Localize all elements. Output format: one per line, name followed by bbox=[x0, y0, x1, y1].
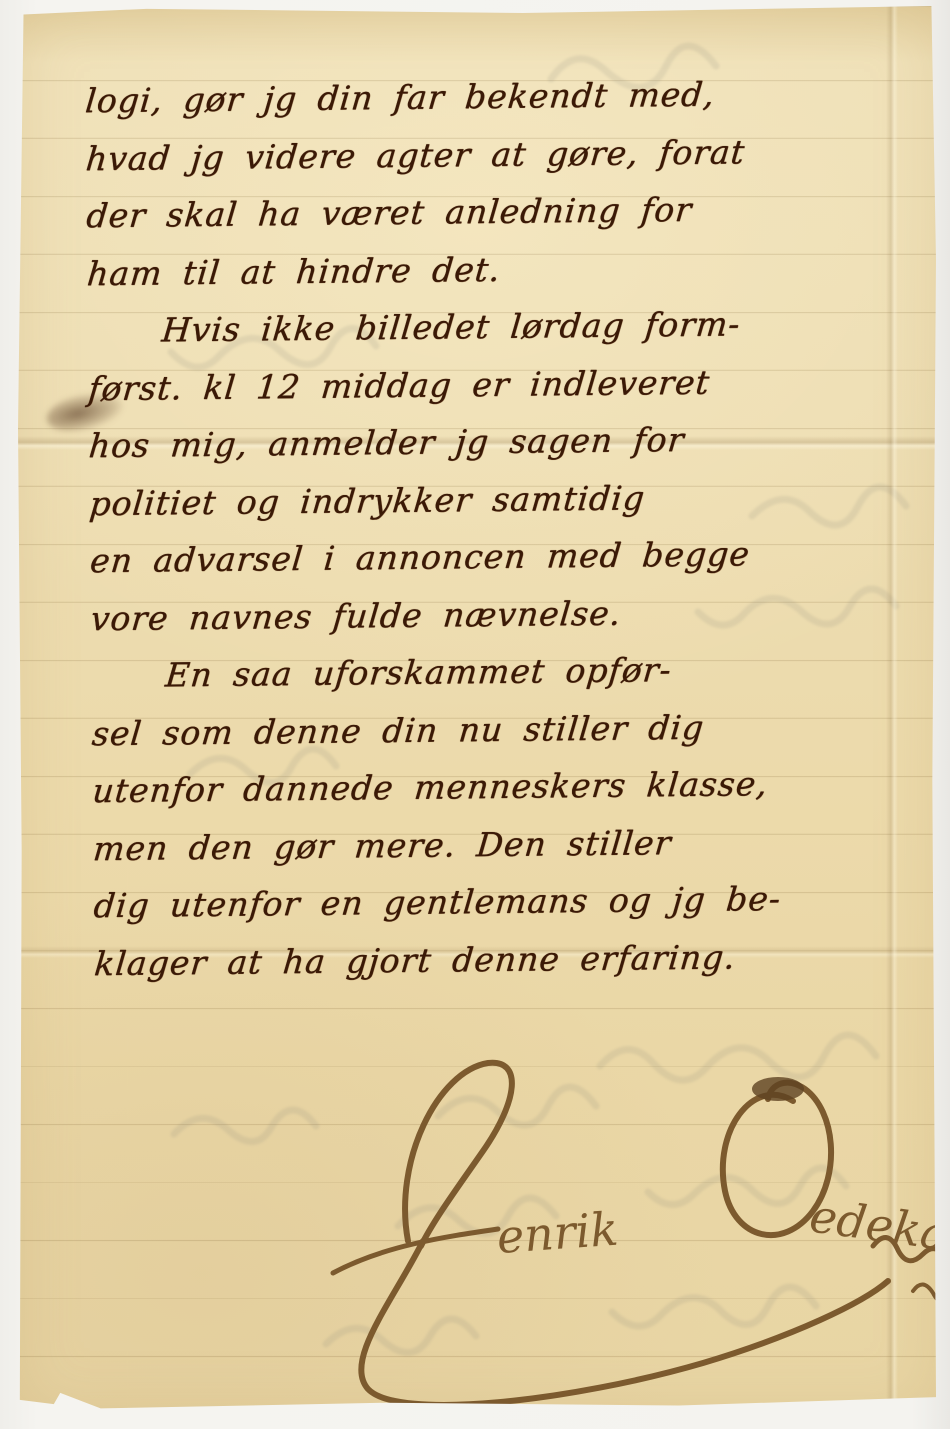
handwritten-line-5: Hvis ikke billedet lørdag form- bbox=[85, 294, 900, 360]
letter-page: logi, gør jg din far bekendt med,hvad jg… bbox=[18, 6, 936, 1414]
signature-surname-rest: edekam bbox=[806, 1188, 950, 1267]
handwritten-line-9: en advarsel i annoncen med begge bbox=[88, 524, 903, 590]
handwritten-line-8: politiet og indrykker samtidig bbox=[87, 466, 902, 532]
signature: enrik edekam bbox=[273, 1041, 950, 1426]
handwritten-line-10: vore navnes fulde nævnelse. bbox=[88, 581, 903, 647]
handwritten-line-12: sel som denne din nu stiller dig bbox=[89, 696, 904, 762]
handwritten-line-16: klager at ha gjort denne erfaring. bbox=[92, 926, 907, 992]
handwritten-line-7: hos mig, anmelder jg sagen for bbox=[86, 409, 901, 475]
handwritten-line-1: logi, gør jg din far bekendt med, bbox=[83, 64, 898, 130]
handwritten-line-14: men den gør mere. Den stiller bbox=[91, 811, 906, 877]
handwritten-line-3: der skal ha været anledning for bbox=[84, 179, 899, 245]
handwritten-line-2: hvad jg videre agter at gøre, forat bbox=[83, 121, 898, 187]
letter-body-text: logi, gør jg din far bekendt med,hvad jg… bbox=[85, 64, 905, 992]
handwritten-line-15: dig utenfor en gentlemans og jg be- bbox=[91, 869, 906, 935]
handwritten-line-4: ham til at hindre det. bbox=[85, 236, 900, 302]
signature-given-name-rest: enrik bbox=[495, 1202, 620, 1264]
handwritten-line-11: En saa uforskammet opfør- bbox=[89, 639, 904, 705]
handwritten-line-13: utenfor dannede menneskers klasse, bbox=[90, 754, 905, 820]
handwritten-line-6: først. kl 12 middag er indleveret bbox=[86, 351, 901, 417]
